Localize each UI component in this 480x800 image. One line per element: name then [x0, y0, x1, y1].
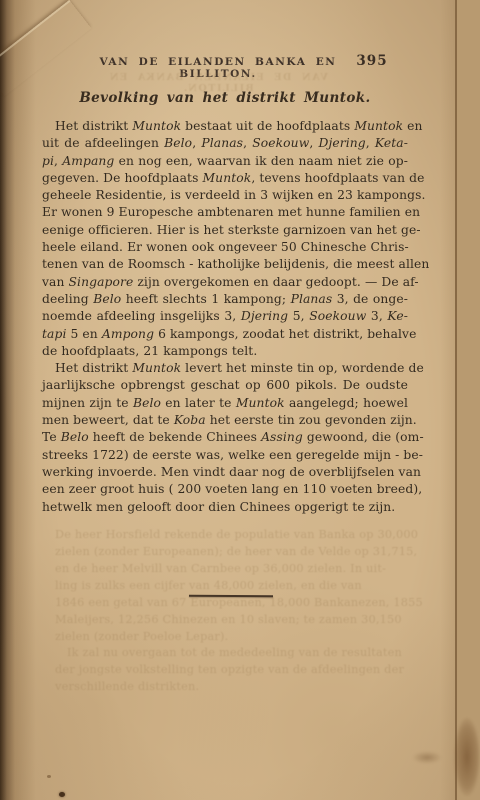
ghost-line: zielen (zonder Poeloe Lepar). — [55, 628, 415, 645]
ghost-line: ling is zulks een cijfer van 48,000 ziel… — [55, 577, 415, 594]
italic-text-segment: Soekouw — [309, 309, 366, 323]
ghost-line: der jongste volkstelling ten opzigte van… — [55, 661, 415, 678]
text-segment: 5, — [288, 309, 309, 323]
italic-text-segment: Ampong — [102, 327, 154, 341]
text-segment: een zeer groot huis ( 200 voeten lang en… — [42, 482, 422, 496]
text-segment: en later te — [161, 396, 236, 410]
text-block: Het distrikt Muntok bestaat uit de hoofd… — [42, 118, 408, 516]
text-line: mijnen zijn te Belo en later te Muntok a… — [42, 395, 408, 412]
text-segment: jaarlijksche opbrengst geschat op 600 pi… — [42, 378, 408, 392]
italic-text-segment: Planas — [291, 292, 333, 306]
italic-text-segment: Belo — [93, 292, 121, 306]
text-line: streeks 1722) de eerste was, welke een g… — [42, 447, 408, 464]
italic-text-segment: Muntok — [132, 119, 181, 133]
text-segment: werking invoerde. Men vindt daar nog de … — [42, 465, 421, 479]
text-line: men beweert, dat te Koba het eerste tin … — [42, 412, 408, 429]
text-segment: aangelegd; hoewel — [285, 396, 408, 410]
italic-text-segment: Djering — [318, 136, 365, 150]
ghost-line: Maleijers, 12,256 Chinezen en 10 slaven;… — [55, 611, 415, 628]
text-line: Het distrikt Muntok levert het minste ti… — [42, 360, 408, 377]
text-line: Er wonen 9 Europesche ambtenaren met hun… — [42, 204, 408, 221]
italic-text-segment: Singapore — [69, 275, 134, 289]
text-segment: heele eiland. Er wonen ook ongeveer 50 C… — [42, 240, 409, 254]
text-segment: tenen van de Roomsch - katholijke belijd… — [42, 257, 429, 271]
ghost-line: zielen (zonder Europeanen); de heer van … — [55, 543, 415, 560]
book-page-scan: VAN DE EILANDEN BANKA EN BILLITON. 395 V… — [0, 0, 480, 800]
ink-speck-faint — [47, 775, 51, 778]
italic-text-segment: Belo — [61, 430, 89, 444]
text-segment: heeft de bekende Chinees — [89, 430, 261, 444]
italic-text-segment: Keta- — [375, 136, 408, 150]
text-segment: Te — [42, 430, 61, 444]
italic-text-segment: Ke- — [387, 309, 408, 323]
italic-text-segment: Muntok — [202, 171, 251, 185]
italic-text-segment: Belo — [164, 136, 192, 150]
text-line: een zeer groot huis ( 200 voeten lang en… — [42, 481, 408, 498]
text-segment: eenige officieren. Hier is het sterkste … — [42, 223, 421, 237]
text-segment: , — [366, 136, 375, 150]
text-segment: Het distrikt — [55, 361, 132, 375]
text-line: noemde afdeeling insgelijks 3, Djering 5… — [42, 308, 408, 325]
text-segment: heeft slechts 1 kampong; — [121, 292, 290, 306]
text-segment: de hoofdplaats, 21 kampongs telt. — [42, 344, 257, 358]
text-segment: het eerste tin zou gevonden zijn. — [206, 413, 417, 427]
text-segment: deeling — [42, 292, 93, 306]
italic-text-segment: Djering — [241, 309, 288, 323]
italic-text-segment: Assing — [261, 430, 303, 444]
text-segment: van — [42, 275, 69, 289]
book-fore-edge — [455, 0, 480, 800]
text-line: de hoofdplaats, 21 kampongs telt. — [42, 343, 408, 360]
page-number: 395 — [352, 53, 392, 69]
italic-text-segment: Belo — [133, 396, 161, 410]
text-segment: gegeven. De hoofdplaats — [42, 171, 202, 185]
italic-text-segment: Planas — [201, 136, 243, 150]
smudge-mark — [412, 751, 442, 764]
text-segment: 3, de onge- — [332, 292, 408, 306]
text-segment: 3, — [366, 309, 387, 323]
text-segment: levert het minste tin op, wordende de — [181, 361, 424, 375]
italic-text-segment: Muntok — [236, 396, 285, 410]
text-line: geheele Residentie, is verdeeld in 3 wij… — [42, 187, 408, 204]
text-segment: gewoond, die (om- — [303, 430, 424, 444]
ink-speck — [59, 792, 65, 797]
text-line: Te Belo heeft de bekende Chinees Assing … — [42, 429, 408, 446]
text-segment: Het distrikt — [55, 119, 132, 133]
text-segment: geheele Residentie, is verdeeld in 3 wij… — [42, 188, 426, 202]
bleedthrough-text-block-1: De heer Horsfield rekende de populatie v… — [55, 526, 415, 645]
text-segment: en — [403, 119, 422, 133]
text-line: tenen van de Roomsch - katholijke belijd… — [42, 256, 408, 273]
text-segment: , — [54, 154, 62, 168]
stain-right-edge — [454, 718, 480, 796]
text-line: werking invoerde. Men vindt daar nog de … — [42, 464, 408, 481]
text-segment: uit de afdeelingen — [42, 136, 164, 150]
text-line: heele eiland. Er wonen ook ongeveer 50 C… — [42, 239, 408, 256]
text-segment: , — [243, 136, 252, 150]
text-segment: hetwelk men gelooft door dien Chinees op… — [42, 500, 395, 514]
italic-text-segment: Muntok — [132, 361, 181, 375]
ghost-line: verschillende distrikten. — [55, 678, 415, 695]
text-segment: 5 en — [66, 327, 101, 341]
text-line: uit de afdeelingen Belo, Planas, Soekouw… — [42, 135, 408, 152]
ghost-line: Ik zal nu overgaan tot de mededeeling va… — [55, 644, 415, 661]
text-line: deeling Belo heeft slechts 1 kampong; Pl… — [42, 291, 408, 308]
ghost-line: en de heer Melvill van Carnbee op 36,000… — [55, 560, 415, 577]
text-line: eenige officieren. Hier is het sterkste … — [42, 222, 408, 239]
italic-text-segment: Koba — [174, 413, 206, 427]
ghost-line: De heer Horsfield rekende de populatie v… — [55, 526, 415, 543]
ghost-line: 1846 een getal van 67 Europeanen, 18,000… — [55, 594, 415, 611]
text-segment: Er wonen 9 Europesche ambtenaren met hun… — [42, 205, 420, 219]
text-segment: bestaat uit de hoofdplaats — [181, 119, 354, 133]
italic-text-segment: Muntok — [354, 119, 403, 133]
text-line: jaarlijksche opbrengst geschat op 600 pi… — [42, 377, 408, 394]
text-segment: 6 kampongs, zoodat het distrikt, behalve — [154, 327, 416, 341]
section-title: Bevolking van het distrikt Muntok. — [42, 90, 408, 106]
text-line: Het distrikt Muntok bestaat uit de hoofd… — [42, 118, 408, 135]
text-line: pi, Ampang en nog een, waarvan ik den na… — [42, 153, 408, 170]
text-segment: , — [192, 136, 201, 150]
text-segment: noemde afdeeling insgelijks 3, — [42, 309, 241, 323]
text-segment: , tevens hoofdplaats van de — [251, 171, 424, 185]
italic-text-segment: pi — [42, 154, 54, 168]
bleedthrough-text-block-2: Ik zal nu overgaan tot de mededeeling va… — [55, 644, 415, 695]
text-segment: mijnen zijn te — [42, 396, 133, 410]
text-segment: streeks 1722) de eerste was, welke een g… — [42, 448, 423, 462]
text-segment: men beweert, dat te — [42, 413, 174, 427]
text-line: hetwelk men gelooft door dien Chinees op… — [42, 499, 408, 516]
italic-text-segment: tapi — [42, 327, 66, 341]
text-segment: zijn overgekomen en daar gedoopt. — De a… — [133, 275, 418, 289]
text-line: tapi 5 en Ampong 6 kampongs, zoodat het … — [42, 326, 408, 343]
text-segment: en nog een, waarvan ik den naam niet zie… — [114, 154, 408, 168]
italic-text-segment: Ampang — [62, 154, 114, 168]
text-line: van Singapore zijn overgekomen en daar g… — [42, 274, 408, 291]
italic-text-segment: Soekouw — [252, 136, 309, 150]
text-line: gegeven. De hoofdplaats Muntok, tevens h… — [42, 170, 408, 187]
